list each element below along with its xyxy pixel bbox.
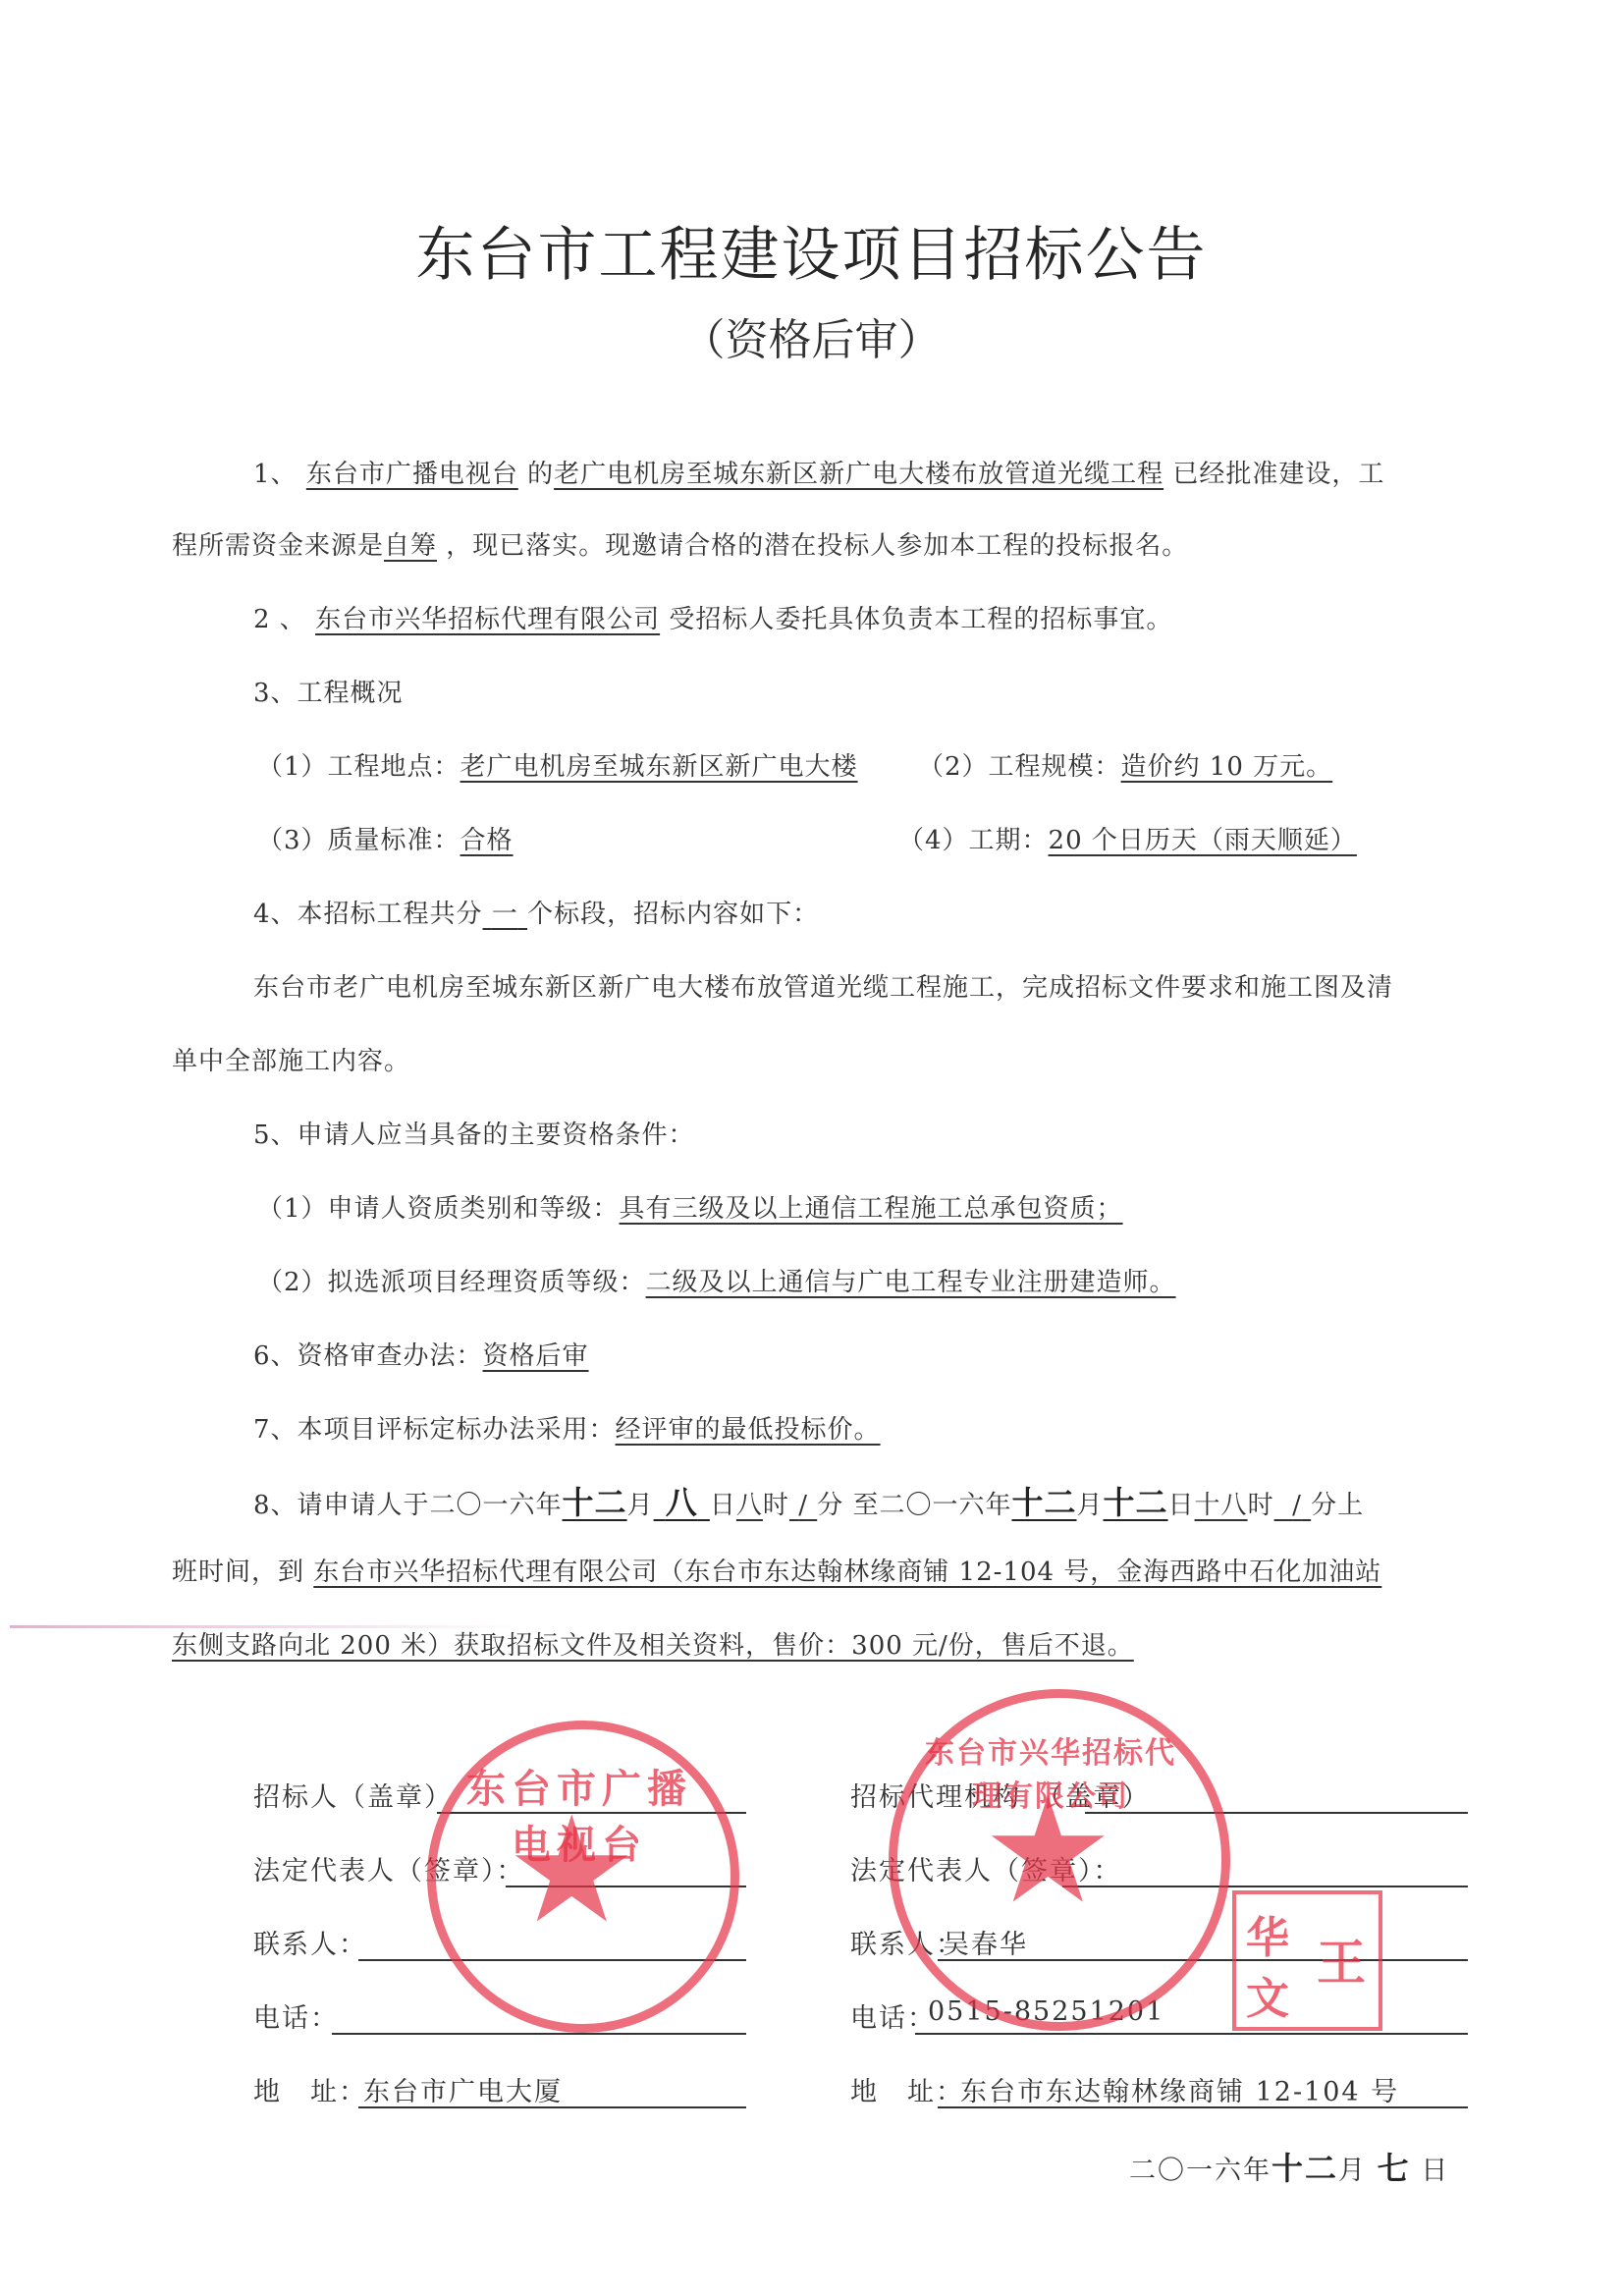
section-4: 4、本招标工程共分 一 个标段，招标内容如下： bbox=[253, 894, 819, 930]
document-title: 东台市工程建设项目招标公告 bbox=[0, 208, 1623, 293]
left-address-label: 地 址： bbox=[253, 2070, 367, 2108]
section-1-line-1: 1、 东台市广播电视台 的老广电机房至城东新区新广电大楼布放管道光缆工程 已经批… bbox=[253, 454, 1384, 490]
left-phone-label: 电话： bbox=[253, 1996, 339, 2035]
personal-seal: 华 王 文 bbox=[1232, 1890, 1382, 2031]
start-day: 八 bbox=[654, 1484, 710, 1521]
qualification-1: （1）申请人资质类别和等级：具有三级及以上通信工程施工总承包资质； bbox=[257, 1188, 1123, 1225]
section-6: 6、资格审查办法：资格后审 bbox=[253, 1336, 589, 1372]
tenderer-seal-label: 招标人（盖章） bbox=[253, 1776, 453, 1814]
tenderer-stamp-text: 东台市广播电视台 bbox=[461, 1758, 697, 1870]
right-address-line bbox=[938, 2106, 1468, 2108]
right-address-label: 地 址： bbox=[850, 2070, 964, 2108]
section-8-line-3: 东侧支路向北 200 米）获取招标文件及相关资料，售价：300 元/份，售后不退… bbox=[172, 1625, 1134, 1662]
end-month: 十二 bbox=[1011, 1484, 1076, 1521]
tenderer-name: 东台市广播电视台 bbox=[306, 460, 518, 489]
quality-standard: （3）质量标准：合格 bbox=[257, 820, 550, 856]
issue-date: 二〇一六年十二月 七 日 bbox=[1129, 2144, 1449, 2189]
left-phone-line bbox=[332, 2033, 746, 2035]
agency-name: 东台市兴华招标代理有限公司 bbox=[315, 605, 660, 634]
section-8-line-1: 8、请申请人于二〇一六年十二月 八 日八时 / 分 至二〇一六年十二月十二日十八… bbox=[253, 1478, 1364, 1523]
project-name: 老广电机房至城东新区新广电大楼布放管道光缆工程 bbox=[554, 460, 1163, 489]
fund-source: 自筹 bbox=[384, 531, 437, 561]
scope-line-2: 单中全部施工内容。 bbox=[172, 1041, 410, 1077]
right-address: 东台市东达翰林缘商铺 12-104 号 bbox=[960, 2070, 1399, 2108]
section-1-line-2: 程所需资金来源是自筹 ，现已落实。现邀请合格的潜在投标人参加本工程的投标报名。 bbox=[172, 525, 1188, 562]
project-location: （1）工程地点：老广电机房至城东新区新广电大楼 bbox=[257, 746, 858, 783]
right-phone-label: 电话： bbox=[850, 1996, 936, 2035]
lot-count: 一 bbox=[483, 900, 528, 929]
scope-line-1: 东台市老广电机房至城东新区新广电大楼布放管道光缆工程施工，完成招标文件要求和施工… bbox=[253, 967, 1393, 1004]
pickup-location: 东台市兴华招标代理有限公司（东台市东达翰林缘商铺 12-104 号，金海西路中石… bbox=[313, 1558, 1381, 1587]
start-month: 十二 bbox=[563, 1484, 627, 1521]
qualification-2: （2）拟选派项目经理资质等级：二级及以上通信与广电工程专业注册建造师。 bbox=[257, 1262, 1176, 1298]
section-8-line-2: 班时间，到 东台市兴华招标代理有限公司（东台市东达翰林缘商铺 12-104 号，… bbox=[172, 1552, 1381, 1588]
left-contact-label: 联系人： bbox=[253, 1923, 367, 1961]
right-phone-line bbox=[915, 2033, 1468, 2035]
section-3-heading: 3、工程概况 bbox=[253, 673, 404, 709]
end-day: 十二 bbox=[1104, 1484, 1168, 1521]
left-address: 东台市广电大厦 bbox=[363, 2070, 563, 2108]
section-7: 7、本项目评标定标办法采用：经评审的最低投标价。 bbox=[253, 1409, 881, 1446]
section-2: 2 、 东台市兴华招标代理有限公司 受招标人委托具体负责本工程的招标事宜。 bbox=[253, 599, 1172, 635]
document-subtitle: （资格后审） bbox=[0, 304, 1623, 367]
construction-period: （4）工期：20 个日历天（雨天顺延） bbox=[898, 820, 1357, 856]
left-address-line bbox=[358, 2106, 746, 2108]
project-scale: （2）工程规模：造价约 10 万元。 bbox=[918, 746, 1332, 783]
section-5-heading: 5、申请人应当具备的主要资格条件： bbox=[253, 1115, 695, 1151]
agency-stamp-text: 东台市兴华招标代理有限公司 bbox=[913, 1728, 1188, 1815]
